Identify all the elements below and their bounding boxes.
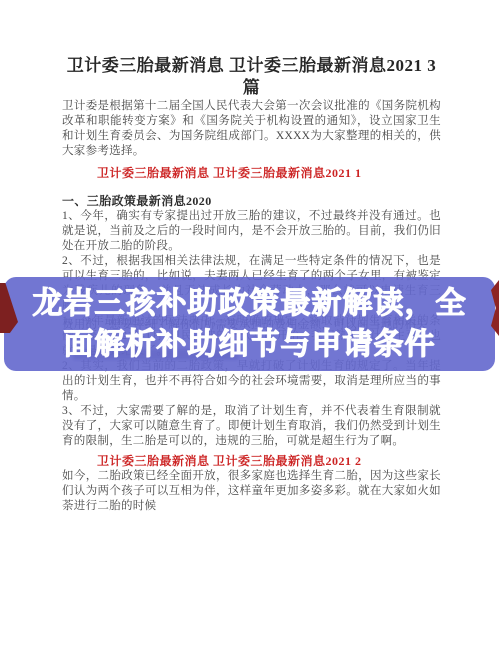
intro-paragraph: 卫计委是根据第十二届全国人民代表大会第一次会议批准的《国务院机构改革和职能转变方…	[62, 99, 441, 159]
section-heading-1: 一、三胎政策最新消息2020	[62, 194, 441, 209]
closing-paragraph: 如今，二胎政策已经全面开放，很多家庭也选择生育二胎，因为这些家长们认为两个孩子可…	[62, 469, 441, 514]
paragraph: 1、今年，确实有专家提出过开放三胎的建议，不过最终并没有通过。也就是说，当前及之…	[62, 209, 441, 254]
banner-text-line-1: 龙岩三孩补助政策最新解读，全	[4, 283, 495, 324]
article-content: 卫计委三胎最新消息 卫计委三胎最新消息2021 3篇 卫计委是根据第十二届全国人…	[0, 0, 499, 514]
red-subheader-2: 卫计委三胎最新消息 卫计委三胎最新消息2021 2	[97, 453, 441, 469]
banner-text-line-2: 面解析补助细节与申请条件	[4, 324, 495, 365]
red-subheader-1: 卫计委三胎最新消息 卫计委三胎最新消息2021 1	[97, 165, 441, 181]
article-page: 卫计委三胎最新消息 卫计委三胎最新消息2021 3篇 卫计委是根据第十二届全国人…	[0, 0, 499, 646]
paragraph: 3、不过，大家需要了解的是，取消了计划生育，并不代表着生育限制就没有了，大家可以…	[62, 404, 441, 449]
page-title: 卫计委三胎最新消息 卫计委三胎最新消息2021 3篇	[62, 0, 441, 99]
headline-banner: 龙岩三孩补助政策最新解读，全 面解析补助细节与申请条件	[4, 277, 495, 371]
